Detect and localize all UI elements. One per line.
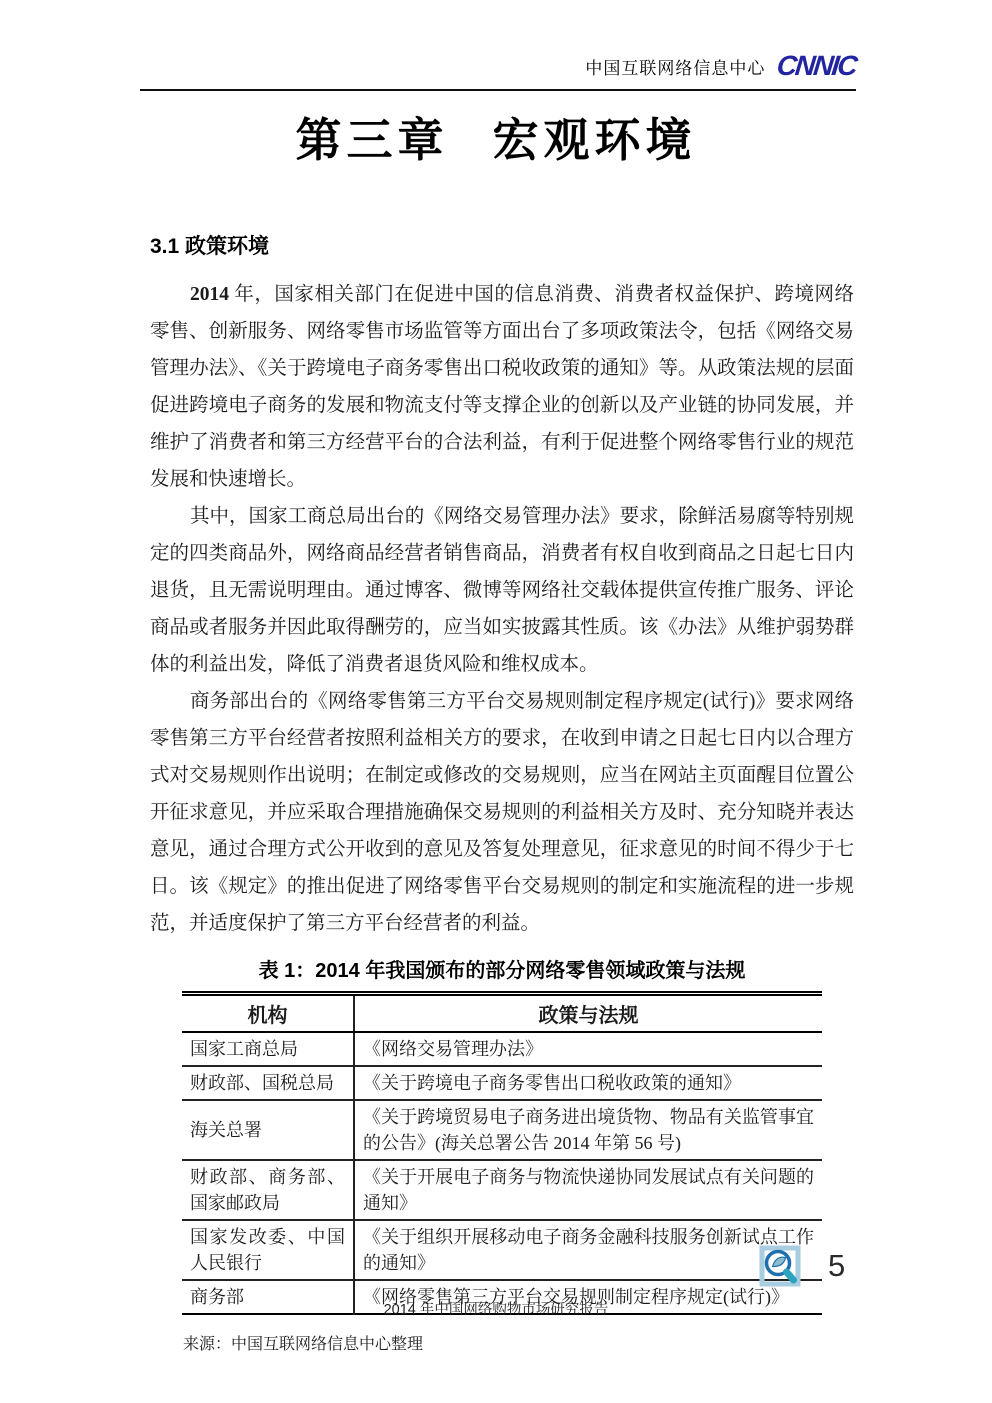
cell-policy: 《关于跨境电子商务零售出口税收政策的通知》	[354, 1066, 822, 1100]
footer-mark: 5	[758, 1244, 845, 1288]
chapter-title: 第三章宏观环境	[0, 104, 992, 170]
table-row: 国家发改委、中国人民银行 《关于组织开展移动电子商务金融科技服务创新试点工作的通…	[182, 1220, 822, 1280]
table-row: 海关总署 《关于跨境贸易电子商务进出境货物、物品有关监管事宜的公告》(海关总署公…	[182, 1100, 822, 1160]
paragraph-lead-year: 2014	[190, 284, 229, 305]
header-org-name: 中国互联网络信息中心	[585, 54, 765, 79]
cell-institution: 财政部、商务部、国家邮政局	[182, 1160, 354, 1220]
cell-policy: 《关于开展电子商务与物流快递协同发展试点有关问题的通知》	[354, 1160, 822, 1220]
page-number: 5	[828, 1248, 845, 1284]
body-content: 3.1 政策环境 2014 年，国家相关部门在促进中国的信息消费、消费者权益保护…	[150, 230, 854, 1354]
cnnic-seal-icon	[758, 1244, 802, 1288]
cell-institution: 国家工商总局	[182, 1032, 354, 1066]
chapter-number: 第三章	[296, 115, 449, 166]
cell-policy: 《关于跨境贸易电子商务进出境货物、物品有关监管事宜的公告》(海关总署公告 201…	[354, 1100, 822, 1160]
column-header-institution: 机构	[182, 994, 354, 1033]
paragraph-text: 年，国家相关部门在促进中国的信息消费、消费者权益保护、跨境网络零售、创新服务、网…	[150, 284, 854, 490]
cell-institution: 海关总署	[182, 1100, 354, 1160]
cnnic-logo: CNNIC	[776, 52, 858, 80]
table-row: 国家工商总局 《网络交易管理办法》	[182, 1032, 822, 1066]
section-heading: 3.1 政策环境	[150, 230, 854, 260]
cell-policy: 《关于组织开展移动电子商务金融科技服务创新试点工作的通知》	[354, 1220, 822, 1280]
page-header: 中国互联网络信息中心 CNNIC	[140, 52, 856, 91]
document-page: 中国互联网络信息中心 CNNIC 第三章宏观环境 3.1 政策环境 2014 年…	[0, 0, 992, 1403]
table-row: 财政部、商务部、国家邮政局 《关于开展电子商务与物流快递协同发展试点有关问题的通…	[182, 1160, 822, 1220]
table-source-note: 来源：中国互联网络信息中心整理	[183, 1331, 854, 1354]
paragraph-saic-measures: 其中，国家工商总局出台的《网络交易管理办法》要求，除鲜活易腐等特别规定的四类商品…	[150, 498, 854, 683]
cell-policy: 《网络交易管理办法》	[354, 1032, 822, 1066]
cell-institution: 国家发改委、中国人民银行	[182, 1220, 354, 1280]
paragraph-policy-overview: 2014 年，国家相关部门在促进中国的信息消费、消费者权益保护、跨境网络零售、创…	[150, 276, 854, 498]
table-caption: 表 1：2014 年我国颁布的部分网络零售领域政策与法规	[150, 954, 854, 983]
paragraph-mofcom-rules: 商务部出台的《网络零售第三方平台交易规则制定程序规定(试行)》要求网络零售第三方…	[150, 683, 854, 942]
footer-report-title: 2014 年中国网络购物市场研究报告	[0, 1298, 992, 1319]
column-header-policy: 政策与法规	[354, 994, 822, 1033]
cell-institution: 财政部、国税总局	[182, 1066, 354, 1100]
policy-table: 机构 政策与法规 国家工商总局 《网络交易管理办法》 财政部、国税总局 《关于跨…	[182, 991, 822, 1315]
table-row: 财政部、国税总局 《关于跨境电子商务零售出口税收政策的通知》	[182, 1066, 822, 1100]
chapter-name: 宏观环境	[493, 115, 697, 166]
table-header-row: 机构 政策与法规	[182, 994, 822, 1033]
